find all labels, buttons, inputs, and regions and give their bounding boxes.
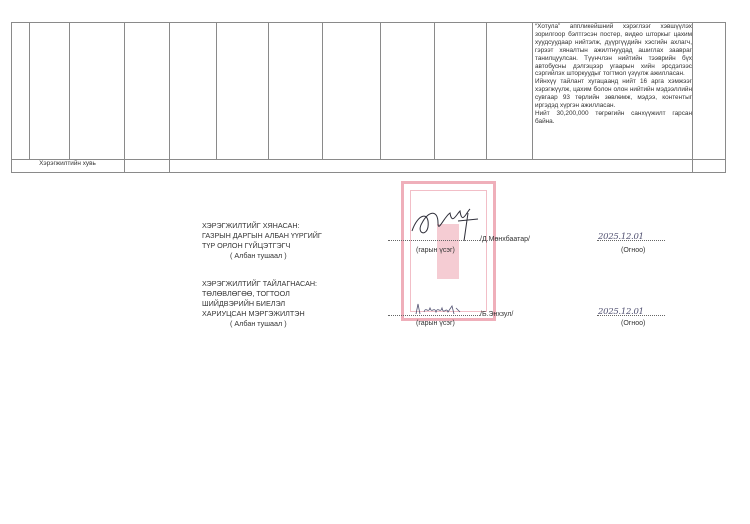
col-border (69, 22, 70, 159)
col-border (532, 22, 533, 159)
reporter-title-line: ХЭРЭГЖИЛТИЙГ ТАЙЛАГНАСАН: (202, 279, 317, 289)
reviewer-title-line: ХЭРЭГЖИЛТИЙГ ХЯНАСАН: (202, 221, 322, 231)
col-border (486, 22, 487, 159)
reviewer-signature-line: /Д.Мөнхбаатар/ (388, 236, 530, 243)
reporter-office-caption: ( Албан тушаал ) (202, 319, 317, 329)
description-paragraph: “Хотула” аппликейшний хэрэглээг хэвшүүлэ… (535, 23, 692, 78)
col-border (434, 22, 435, 159)
col-border (322, 22, 323, 159)
reviewer-title-line: ТҮР ОРЛОН ГҮЙЦЭТГЭГЧ (202, 241, 322, 251)
description-paragraph: Ийнхүү тайлант хугацаанд нийт 16 арга хэ… (535, 78, 692, 110)
reporter-name: /Б.Энхзул/ (480, 311, 513, 318)
col-border (11, 22, 12, 173)
col-border (169, 22, 170, 173)
reviewer-date-caption: (Огноо) (621, 247, 645, 254)
reporter-title-line: ТӨЛӨВЛӨГӨӨ, ТОГТООЛ (202, 289, 317, 299)
reviewer-title-line: ГАЗРЫН ДАРГЫН АЛБАН ҮҮРГИЙГ (202, 231, 322, 241)
col-border (268, 22, 269, 159)
col-border (216, 22, 217, 159)
reporter-signature-caption: (гарын үсэг) (416, 320, 455, 327)
reporter-title-line: ШИЙДВЭРИЙН БИЕЛЭЛ (202, 299, 317, 309)
activity-description: “Хотула” аппликейшний хэрэглээг хэвшүүлэ… (535, 23, 692, 126)
reviewer-title-block: ХЭРЭГЖИЛТИЙГ ХЯНАСАН: ГАЗРЫН ДАРГЫН АЛБА… (202, 221, 322, 261)
reporter-title-block: ХЭРЭГЖИЛТИЙГ ТАЙЛАГНАСАН: ТӨЛӨВЛӨГӨӨ, ТО… (202, 279, 317, 329)
col-border (692, 22, 693, 173)
reviewer-office-caption: ( Албан тушаал ) (202, 251, 322, 261)
col-border (124, 22, 125, 173)
col-border (380, 22, 381, 159)
reviewer-name: /Д.Мөнхбаатар/ (480, 236, 530, 243)
table-bottom-border (11, 172, 725, 173)
reviewer-signature-caption: (гарын үсэг) (416, 247, 455, 254)
reporter-title-line: ХАРИУЦСАН МЭРГЭЖИЛТЭН (202, 309, 317, 319)
description-paragraph: Нийт 30,200,000 төгрөгийн санхүүжилт гар… (535, 110, 692, 126)
reporter-signature-line: /Б.Энхзул/ (388, 311, 513, 318)
col-border (29, 22, 30, 159)
report-table: “Хотула” аппликейшний хэрэглээг хэвшүүлэ… (11, 22, 725, 172)
reviewer-date-line (597, 236, 665, 243)
reporter-date-caption: (Огноо) (621, 320, 645, 327)
reporter-date-line (597, 311, 665, 318)
completion-rate-label: Хэрэгжилтийн хувь (11, 160, 124, 167)
col-border (725, 22, 726, 173)
